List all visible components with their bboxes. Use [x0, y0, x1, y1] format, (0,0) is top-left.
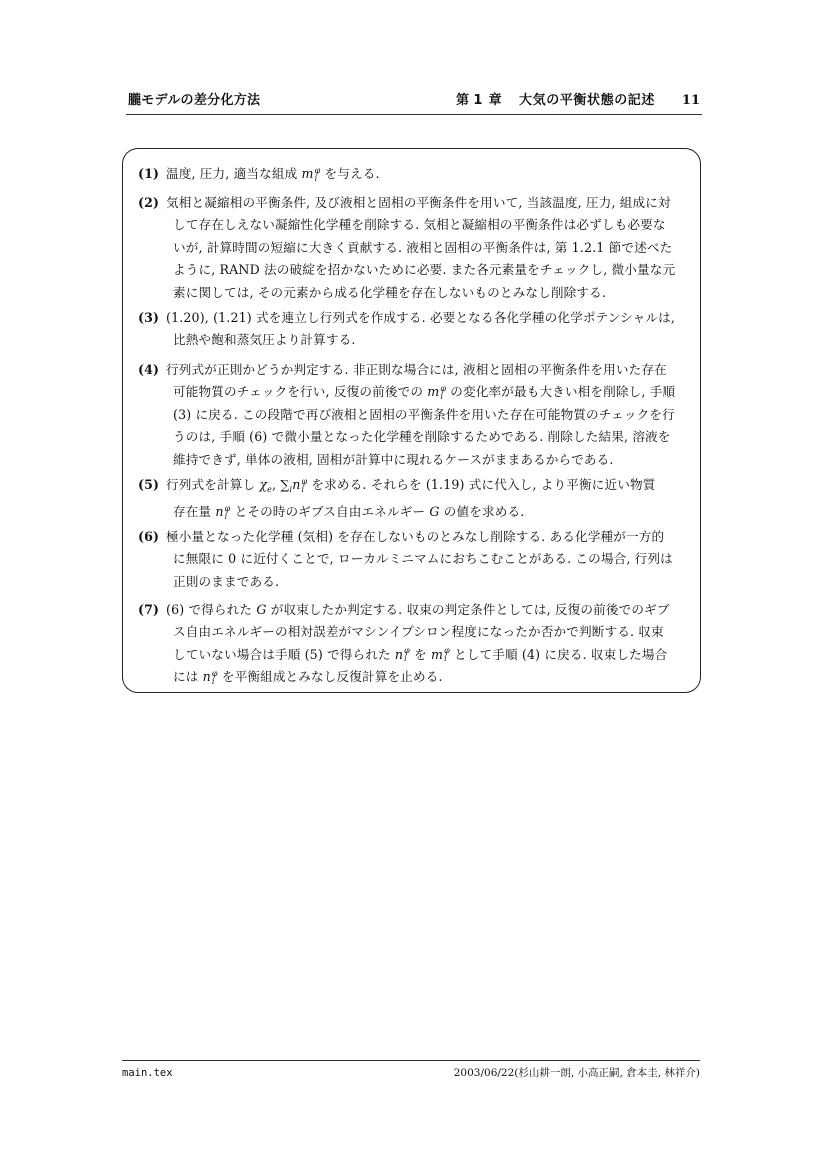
math-symbol: G [256, 602, 266, 617]
page-header: 朧モデルの差分化方法 第1章 大気の平衡状態の記述 11 [126, 92, 702, 115]
algorithm-step: (5)行列式を計算し χe, ∑inφi を求める. それらを (1.19) 式… [138, 474, 691, 524]
step-text-line: 温度, 圧力, 適当な組成 mφi を与える. [138, 163, 691, 185]
chapter-label: 第1章 [456, 92, 502, 110]
step-text-line: 素に関しては, その元素から成る化学種を存在しないものとみなし削除する. [138, 282, 691, 304]
step-label: (7) [138, 599, 159, 621]
step-text-line: 維持できず, 単体の液相, 固相が計算中に現れるケースがままあるからである. [138, 449, 691, 471]
math-symbol: mφi [431, 647, 450, 662]
footer-file-name: main.tex [122, 1065, 173, 1081]
step-text-line: 行列式を計算し χe, ∑inφi を求める. それらを (1.19) 式に代入… [138, 474, 691, 501]
page-footer: main.tex 2003/06/22(杉山耕一朗, 小高正嗣, 倉本圭, 林祥… [122, 1060, 700, 1064]
algorithm-step: (1)温度, 圧力, 適当な組成 mφi を与える. [138, 163, 691, 185]
step-text-line: 極小量となった化学種 (気相) を存在しないものとみなし削除する. ある化学種が… [138, 526, 691, 548]
step-text-line: いが, 計算時間の短縮に大きく貢献する. 液相と固相の平衡条件は, 第 1.2.… [138, 237, 691, 259]
step-text-line: 可能物質のチェックを行い, 反復の前後での mφi の変化率が最も大きい相を削除… [138, 381, 691, 403]
step-text-line: に無限に 0 に近付くことで, ローカルミニマムにおちこむことがある. この場合… [138, 548, 691, 570]
section-title: 大気の平衡状態の記述 [519, 92, 655, 110]
step-text-line: ように, RAND 法の破綻を招かないために必要. また各元素量をチェックし, … [138, 259, 691, 281]
step-text-line: うのは, 手順 (6) で微小量となった化学種を削除するためである. 削除した結… [138, 426, 691, 448]
step-text-line: には nφi を平衡組成とみなし反復計算を止める. [138, 666, 691, 688]
step-text-line: 存在量 nφi とその時のギブス自由エネルギー G の値を求める. [138, 501, 691, 523]
math-symbol: nφi [203, 669, 218, 684]
math-symbol: χe [259, 477, 272, 492]
math-symbol: nφi [292, 477, 307, 492]
running-title: 朧モデルの差分化方法 [128, 92, 260, 110]
chapter-prefix: 第 [456, 93, 469, 108]
math-symbol: nφi [215, 504, 230, 519]
step-text-line: (3) に戻る. この段階で再び液相と固相の平衡条件を用いた存在可能物質のチェッ… [138, 404, 691, 426]
math-symbol: ∑i [280, 477, 292, 492]
step-text-line: 気相と凝縮相の平衡条件, 及び液相と固相の平衡条件を用いて, 当該温度, 圧力,… [138, 192, 691, 214]
algorithm-step: (3)(1.20), (1.21) 式を連立し行列式を作成する. 必要となる各化… [138, 307, 691, 352]
chapter-number: 1 [473, 93, 482, 108]
math-symbol: nφi [395, 647, 410, 662]
footer-date-authors: 2003/06/22(杉山耕一朗, 小高正嗣, 倉本圭, 林祥介) [454, 1065, 700, 1081]
step-label: (6) [138, 526, 159, 548]
step-label: (1) [138, 163, 159, 185]
math-symbol: mφi [301, 166, 320, 181]
step-text-line: (6) で得られた G が収束したか判定する. 収束の判定条件としては, 反復の… [138, 599, 691, 621]
algorithm-step: (6)極小量となった化学種 (気相) を存在しないものとみなし削除する. ある化… [138, 526, 691, 593]
step-text-line: (1.20), (1.21) 式を連立し行列式を作成する. 必要となる各化学種の… [138, 307, 691, 329]
step-text-line: 正則のままである. [138, 571, 691, 593]
algorithm-step: (2)気相と凝縮相の平衡条件, 及び液相と固相の平衡条件を用いて, 当該温度, … [138, 192, 691, 304]
step-text-line: ス自由エネルギーの相対誤差がマシンイプシロン程度になったか否かで判断する. 収束 [138, 621, 691, 643]
math-symbol: G [429, 504, 439, 519]
step-text-line: 行列式が正則かどうか判定する. 非正則な場合には, 液相と固相の平衡条件を用いた… [138, 359, 691, 381]
step-text-line: して存在しえない凝縮性化学種を削除する. 気相と凝縮相の平衡条件は必ずしも必要な [138, 214, 691, 236]
step-label: (4) [138, 359, 159, 381]
step-label: (2) [138, 192, 159, 214]
algorithm-step: (4)行列式が正則かどうか判定する. 非正則な場合には, 液相と固相の平衡条件を… [138, 359, 691, 471]
step-label: (5) [138, 474, 159, 496]
math-symbol: mφi [427, 384, 446, 399]
page-number: 11 [682, 92, 700, 110]
algorithm-step: (7)(6) で得られた G が収束したか判定する. 収束の判定条件としては, … [138, 599, 691, 689]
step-label: (3) [138, 307, 159, 329]
chapter-suffix: 章 [489, 93, 502, 108]
step-text-line: していない場合は手順 (5) で得られた nφi を mφi として手順 (4)… [138, 644, 691, 666]
step-text-line: 比熱や飽和蒸気圧より計算する. [138, 329, 691, 351]
